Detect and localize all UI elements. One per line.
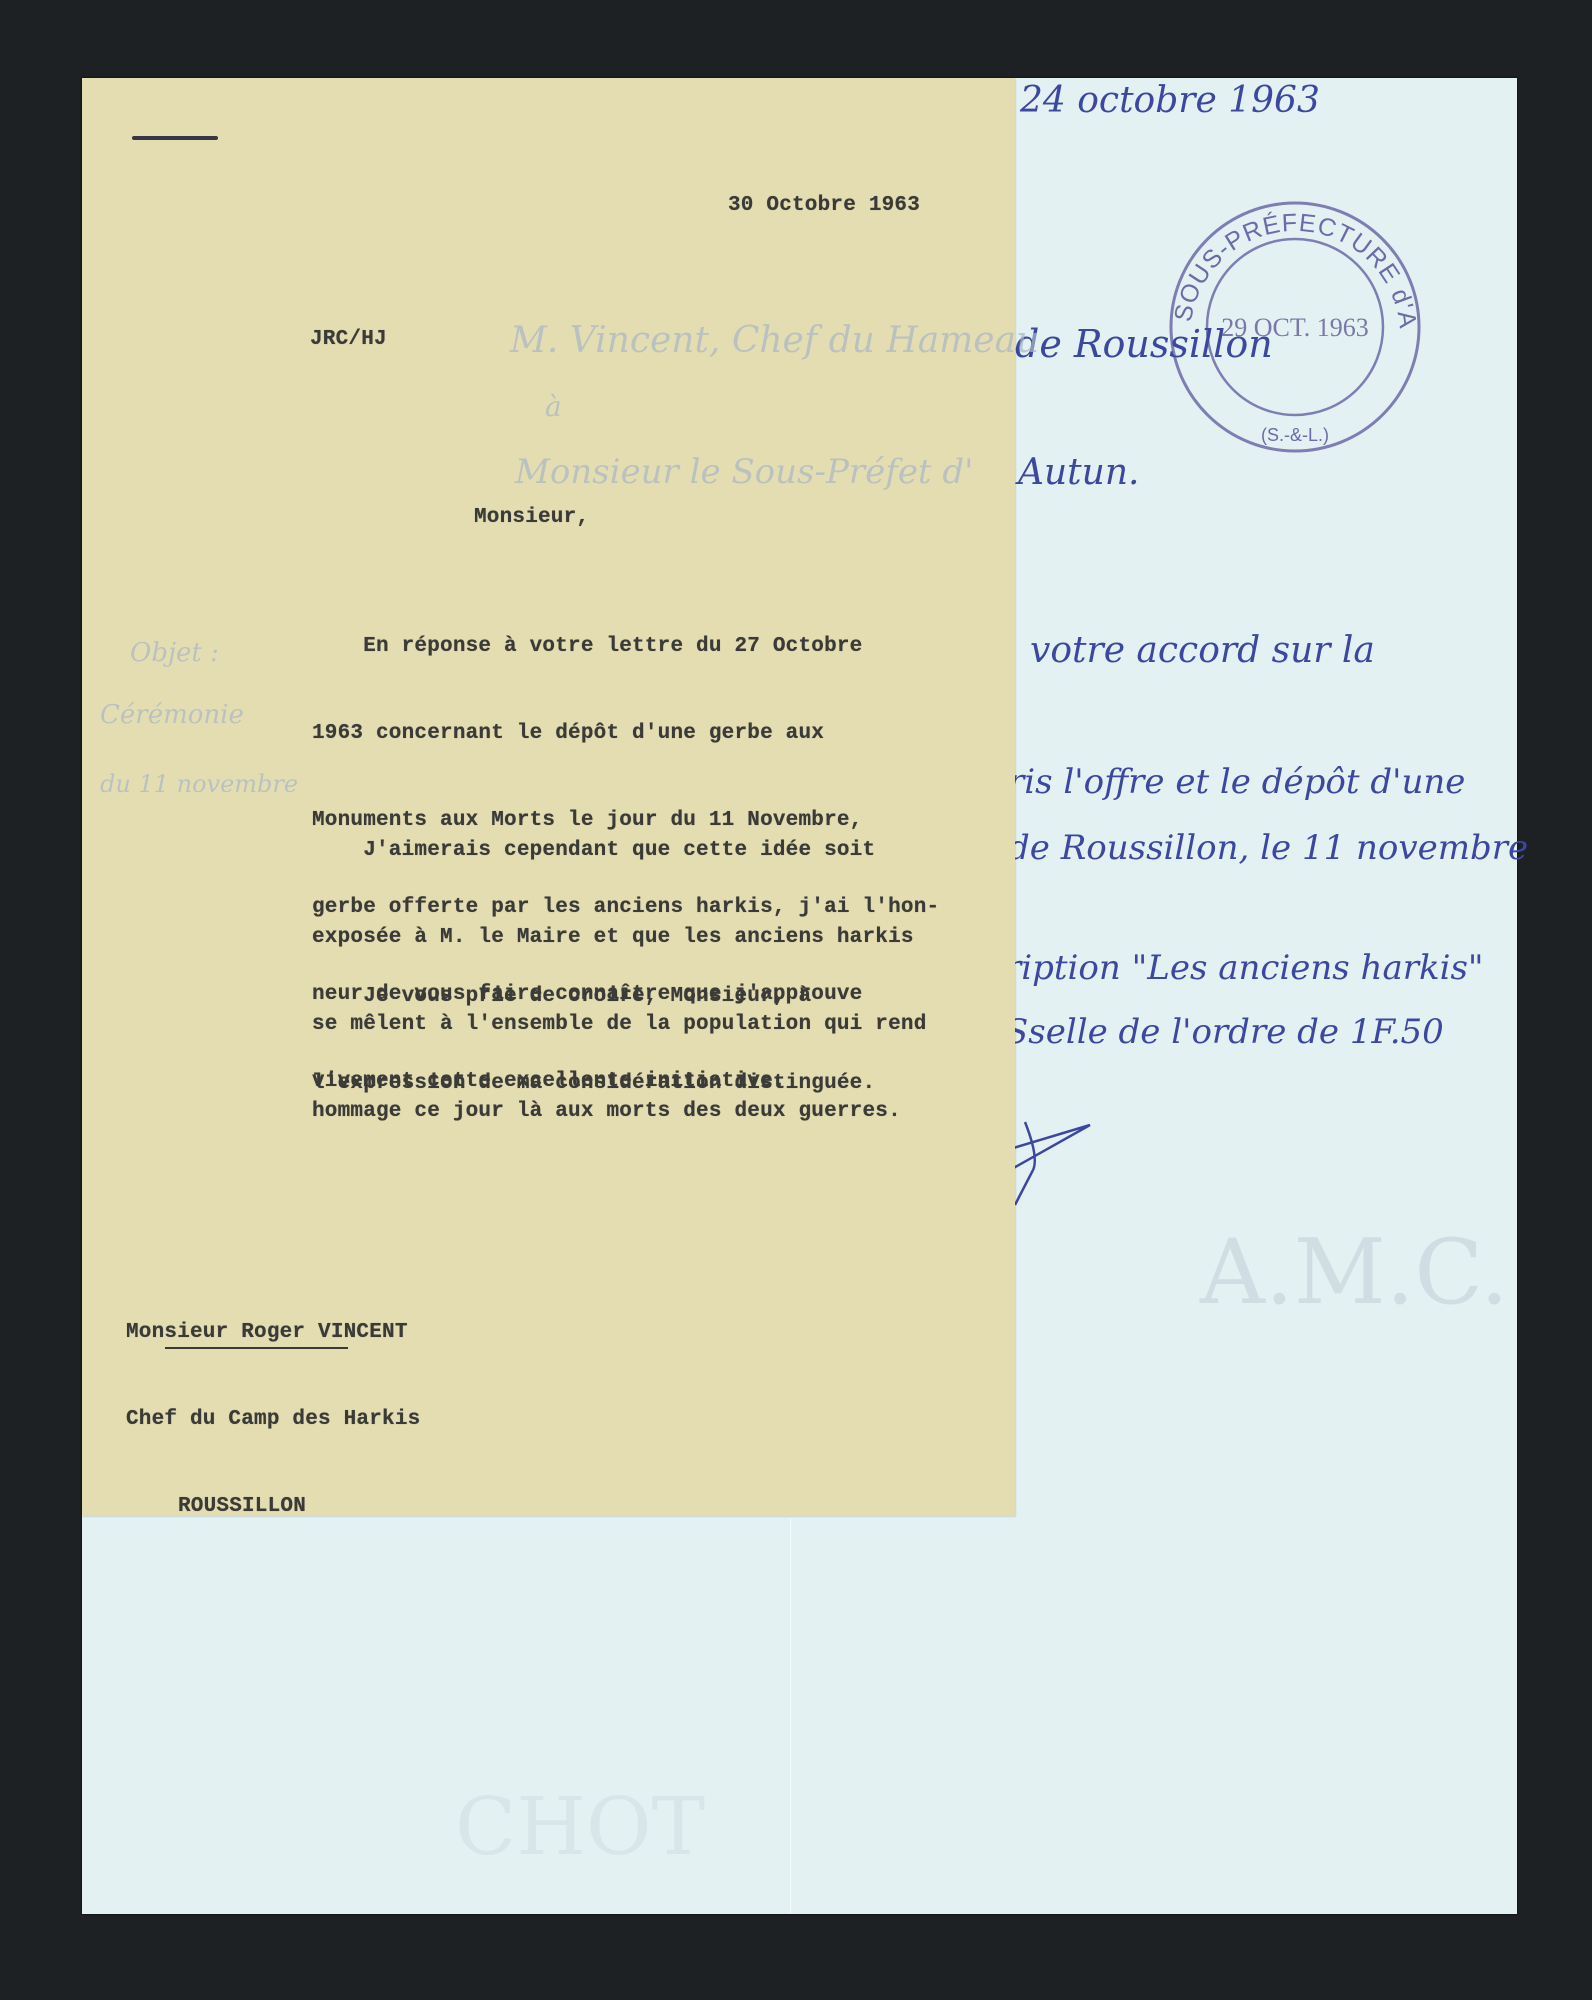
show-through-text: M. Vincent, Chef du Hameau xyxy=(510,320,1039,361)
watermark-text: CHOT xyxy=(455,1780,705,1873)
typed-line: 1963 concernant le dépôt d'une gerbe aux xyxy=(312,719,939,748)
handwritten-sender-place: de Roussillon xyxy=(1015,322,1273,366)
typed-line: Je vous prie de croire, Monsieur, à xyxy=(312,982,875,1011)
handwritten-body-line: ription "Les anciens harkis" xyxy=(1005,948,1484,988)
dash-mark xyxy=(132,136,218,140)
recipient-city: ROUSSILLON xyxy=(126,1492,420,1521)
margin-note: Objet : xyxy=(130,638,219,668)
recipient-city-underline xyxy=(165,1347,348,1349)
recipient-title: Chef du Camp des Harkis xyxy=(126,1405,420,1434)
typed-recipient: Monsieur Roger VINCENT Chef du Camp des … xyxy=(126,1260,420,1550)
typed-line: J'aimerais cependant que cette idée soit xyxy=(312,836,927,865)
paper-fold-line xyxy=(790,1518,791,1914)
handwritten-body-line: votre accord sur la xyxy=(1030,630,1375,671)
margin-note: Cérémonie xyxy=(100,700,244,730)
handwritten-body-line: de Roussillon, le 11 novembre xyxy=(1008,828,1528,868)
watermark-text: A.M.C. xyxy=(1200,1220,1509,1325)
stamp-bottom-text: (S.-&-L.) xyxy=(1261,425,1329,445)
typed-line: l'expression de ma considération disting… xyxy=(312,1069,875,1098)
typed-line: En réponse à votre lettre du 27 Octobre xyxy=(312,632,939,661)
margin-note: du 11 novembre xyxy=(100,770,298,798)
show-through-text: à xyxy=(545,390,562,423)
show-through-text: Monsieur le Sous-Préfet d' xyxy=(515,452,974,492)
handwritten-recipient-city: Autun. xyxy=(1018,452,1139,493)
handwritten-body-line: ris l'offre et le dépôt d'une xyxy=(1008,762,1465,802)
typed-paragraph-3: Je vous prie de croire, Monsieur, à l'ex… xyxy=(312,924,875,1127)
typed-salutation: Monsieur, xyxy=(474,506,589,529)
handwritten-body-line: Sselle de l'ordre de 1F.50 xyxy=(1005,1012,1444,1052)
typed-date: 30 Octobre 1963 xyxy=(728,194,920,217)
typed-reference: JRC/HJ xyxy=(310,328,387,351)
handwritten-date: 24 octobre 1963 xyxy=(1020,80,1320,121)
recipient-name: Monsieur Roger VINCENT xyxy=(126,1318,420,1347)
